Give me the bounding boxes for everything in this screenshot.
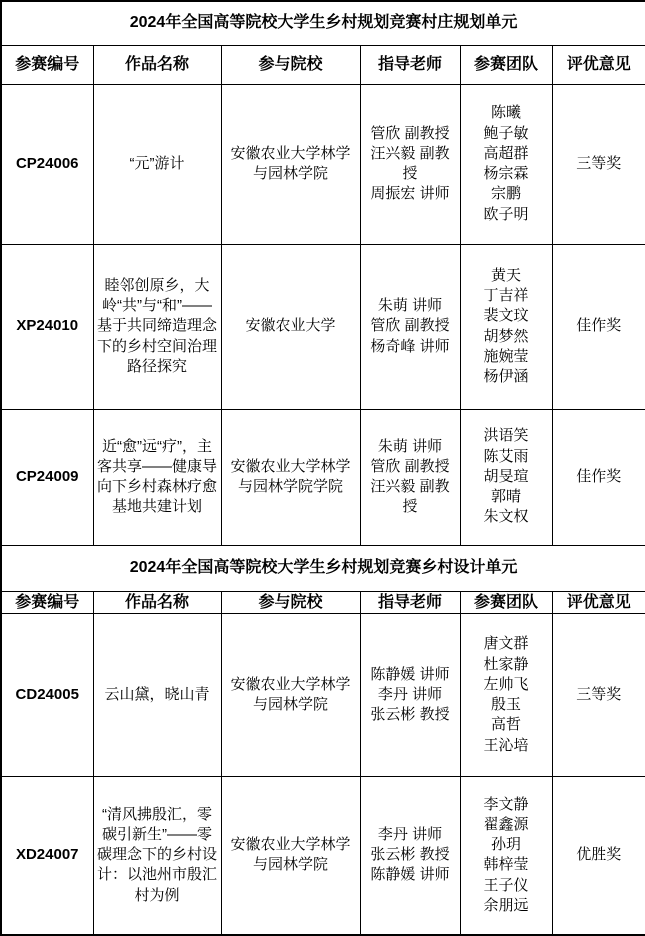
award: 优胜奖 xyxy=(552,777,645,935)
table-row: XP24010 睦邻创原乡，大岭“共”与“和”——基于共同缔造理念下的乡村空间治… xyxy=(1,244,645,409)
header-school: 参与院校 xyxy=(221,591,360,614)
header-entry-code: 参赛编号 xyxy=(1,45,93,84)
team: 李文静翟鑫源孙玥韩梓莹王子仪余朋远 xyxy=(460,777,552,935)
work-title: 云山黛，晓山青 xyxy=(93,614,221,777)
team: 洪语笑陈艾雨胡旻瑄郭晴朱文权 xyxy=(460,409,552,545)
award: 佳作奖 xyxy=(552,244,645,409)
teachers: 朱萌 讲师管欣 副教授杨奇峰 讲师 xyxy=(360,244,460,409)
entry-code: XD24007 xyxy=(1,777,93,935)
school: 安徽农业大学林学与园林学院 xyxy=(221,84,360,244)
header-award: 评优意见 xyxy=(552,45,645,84)
work-title: “元”游计 xyxy=(93,84,221,244)
table-row: CP24006 “元”游计 安徽农业大学林学与园林学院 管欣 副教授汪兴毅 副教… xyxy=(1,84,645,244)
header-team: 参赛团队 xyxy=(460,591,552,614)
header-teachers: 指导老师 xyxy=(360,45,460,84)
award: 三等奖 xyxy=(552,614,645,777)
award: 三等奖 xyxy=(552,84,645,244)
award: 佳作奖 xyxy=(552,409,645,545)
section-2-header-row: 参赛编号 作品名称 参与院校 指导老师 参赛团队 评优意见 xyxy=(1,591,645,614)
header-award: 评优意见 xyxy=(552,591,645,614)
section-1-title: 2024年全国高等院校大学生乡村规划竞赛村庄规划单元 xyxy=(1,1,645,45)
section-2-title-row: 2024年全国高等院校大学生乡村规划竞赛乡村设计单元 xyxy=(1,545,645,591)
header-team: 参赛团队 xyxy=(460,45,552,84)
school: 安徽农业大学林学与园林学院学院 xyxy=(221,409,360,545)
table-row: XD24007 “清风拂殷汇，零碳引新生”——零碳理念下的乡村设计：以池州市殷汇… xyxy=(1,777,645,935)
school: 安徽农业大学 xyxy=(221,244,360,409)
results-table: 2024年全国高等院校大学生乡村规划竞赛村庄规划单元 参赛编号 作品名称 参与院… xyxy=(0,0,645,936)
team: 唐文群杜家静左帅飞殷玉高哲王沁培 xyxy=(460,614,552,777)
entry-code: CD24005 xyxy=(1,614,93,777)
work-title: 近“愈”远“疗”，主客共享——健康导向下乡村森林疗愈基地共建计划 xyxy=(93,409,221,545)
teachers: 朱萌 讲师管欣 副教授汪兴毅 副教授 xyxy=(360,409,460,545)
school: 安徽农业大学林学与园林学院 xyxy=(221,777,360,935)
table-row: CP24009 近“愈”远“疗”，主客共享——健康导向下乡村森林疗愈基地共建计划… xyxy=(1,409,645,545)
table-row: CD24005 云山黛，晓山青 安徽农业大学林学与园林学院 陈静媛 讲师李丹 讲… xyxy=(1,614,645,777)
competition-results-document: 2024年全国高等院校大学生乡村规划竞赛村庄规划单元 参赛编号 作品名称 参与院… xyxy=(0,0,645,936)
header-school: 参与院校 xyxy=(221,45,360,84)
teachers: 陈静媛 讲师李丹 讲师张云彬 教授 xyxy=(360,614,460,777)
section-1-header-row: 参赛编号 作品名称 参与院校 指导老师 参赛团队 评优意见 xyxy=(1,45,645,84)
entry-code: CP24009 xyxy=(1,409,93,545)
header-work-title: 作品名称 xyxy=(93,591,221,614)
work-title: “清风拂殷汇，零碳引新生”——零碳理念下的乡村设计：以池州市殷汇村为例 xyxy=(93,777,221,935)
header-teachers: 指导老师 xyxy=(360,591,460,614)
teachers: 管欣 副教授汪兴毅 副教授周振宏 讲师 xyxy=(360,84,460,244)
header-work-title: 作品名称 xyxy=(93,45,221,84)
team: 黄天丁吉祥裴文玟胡梦然施婉莹杨伊涵 xyxy=(460,244,552,409)
section-1-title-row: 2024年全国高等院校大学生乡村规划竞赛村庄规划单元 xyxy=(1,1,645,45)
entry-code: CP24006 xyxy=(1,84,93,244)
school: 安徽农业大学林学与园林学院 xyxy=(221,614,360,777)
section-2-title: 2024年全国高等院校大学生乡村规划竞赛乡村设计单元 xyxy=(1,545,645,591)
work-title: 睦邻创原乡，大岭“共”与“和”——基于共同缔造理念下的乡村空间治理路径探究 xyxy=(93,244,221,409)
teachers: 李丹 讲师张云彬 教授陈静媛 讲师 xyxy=(360,777,460,935)
team: 陈曦鲍子敏高超群杨宗霖宗鹏欧子明 xyxy=(460,84,552,244)
entry-code: XP24010 xyxy=(1,244,93,409)
header-entry-code: 参赛编号 xyxy=(1,591,93,614)
